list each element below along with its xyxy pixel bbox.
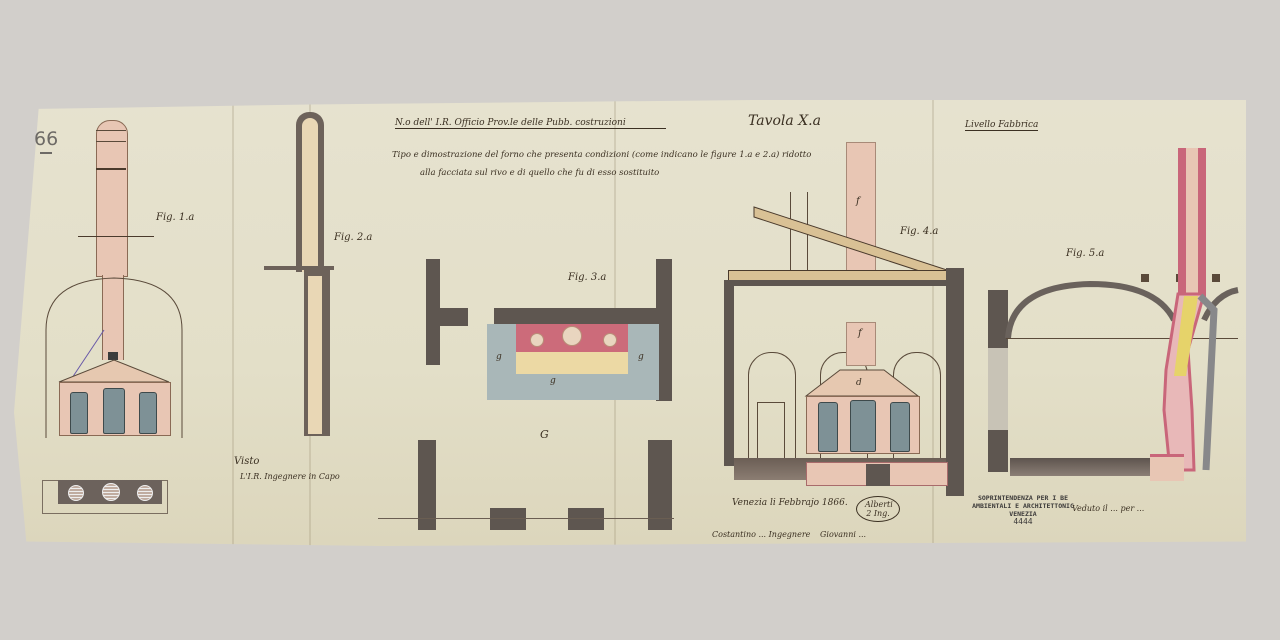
- foundation: [1150, 454, 1184, 481]
- ground-line: [78, 236, 154, 237]
- caption-line-2: alla facciata sul rivo e di quello che f…: [420, 168, 659, 178]
- plan-label-g: g: [550, 376, 556, 386]
- crucible-pot: [818, 402, 838, 452]
- underline: [40, 152, 52, 154]
- roof-rafter: [752, 205, 952, 280]
- section-wall: [724, 280, 734, 466]
- archive-number: 66: [34, 128, 58, 150]
- label-f: f: [858, 328, 862, 339]
- baseline: [378, 518, 674, 519]
- level-heading: Livello Fabbrica: [965, 120, 1038, 131]
- pier: [490, 508, 526, 530]
- visto-signature: L'I.R. Ingegnere in Capo: [240, 472, 340, 481]
- pot-plan: [562, 326, 582, 346]
- archive-stamp: SOPRINTENDENZA PER I BE AMBIENTALI E ARC…: [968, 494, 1078, 526]
- pot-opening: [137, 485, 153, 501]
- flue-lower: [308, 276, 322, 434]
- work-platform: [516, 352, 628, 374]
- date-line: Venezia li Febbrajo 1866.: [732, 498, 848, 508]
- oval-stamp: Alberti 2 Ing.: [856, 496, 900, 522]
- chimney-band: [96, 168, 126, 170]
- figure-label: Fig. 5.a: [1066, 248, 1104, 259]
- plan-wall: [648, 440, 672, 530]
- pier: [568, 508, 604, 530]
- beam-end: [1141, 274, 1149, 282]
- office-header: N.o dell' I.R. Officio Prov.le delle Pub…: [395, 118, 666, 129]
- pot-plan: [603, 333, 617, 347]
- figure-label: Fig. 2.a: [334, 232, 372, 243]
- floor-ground: [1010, 458, 1150, 476]
- crucible-pot: [103, 388, 125, 434]
- doorway: [757, 402, 785, 460]
- pediment: [57, 358, 171, 384]
- lower-flue: [1160, 290, 1220, 480]
- hood: [804, 368, 920, 398]
- stamp-line-1: SOPRINTENDENZA PER I BE: [968, 494, 1078, 502]
- caption-line-1: Tipo e dimostrazione del forno che prese…: [392, 150, 811, 160]
- section-wall: [946, 268, 964, 496]
- pot-plan: [530, 333, 544, 347]
- stamp-line-2: AMBIENTALI E ARCHITETTONIC: [968, 502, 1078, 510]
- visto-note: Visto: [234, 456, 259, 467]
- signature-2: Giovanni ...: [820, 530, 866, 539]
- room-label: G: [540, 428, 549, 441]
- plan-wall-back: [494, 308, 656, 324]
- chimney: [96, 120, 128, 277]
- fold-line: [232, 100, 234, 546]
- pot-opening: [102, 483, 120, 501]
- right-note: Veduto il ... per ...: [1072, 504, 1144, 513]
- plan-wall: [418, 440, 436, 530]
- crucible-pot: [850, 400, 876, 452]
- plate-title: Tavola X.a: [748, 113, 821, 129]
- crucible-pot: [70, 392, 88, 434]
- flue-wall: [1198, 148, 1206, 298]
- plan-wall: [426, 308, 468, 326]
- plan-label-g: g: [496, 352, 502, 362]
- label-d: d: [856, 378, 862, 388]
- crucible-pot: [139, 392, 157, 434]
- figure-label: Fig. 1.a: [156, 212, 194, 223]
- crucible-pot: [890, 402, 910, 452]
- chimney-cap-band: [96, 130, 126, 142]
- pot-opening: [68, 485, 84, 501]
- plan-label-g: g: [638, 352, 644, 362]
- section-wall: [988, 290, 1008, 472]
- flue-wall: [1178, 148, 1186, 298]
- flue: [1186, 148, 1198, 298]
- figure-label: Fig. 3.a: [568, 272, 606, 283]
- chimney-flue: [302, 118, 318, 272]
- stamp-number: 4444: [968, 518, 1078, 526]
- ceiling-slab: [728, 280, 964, 286]
- beam-end: [1212, 274, 1220, 282]
- signature-1: Costantino ... Ingegnere: [712, 530, 810, 539]
- ash-pit: [866, 464, 890, 486]
